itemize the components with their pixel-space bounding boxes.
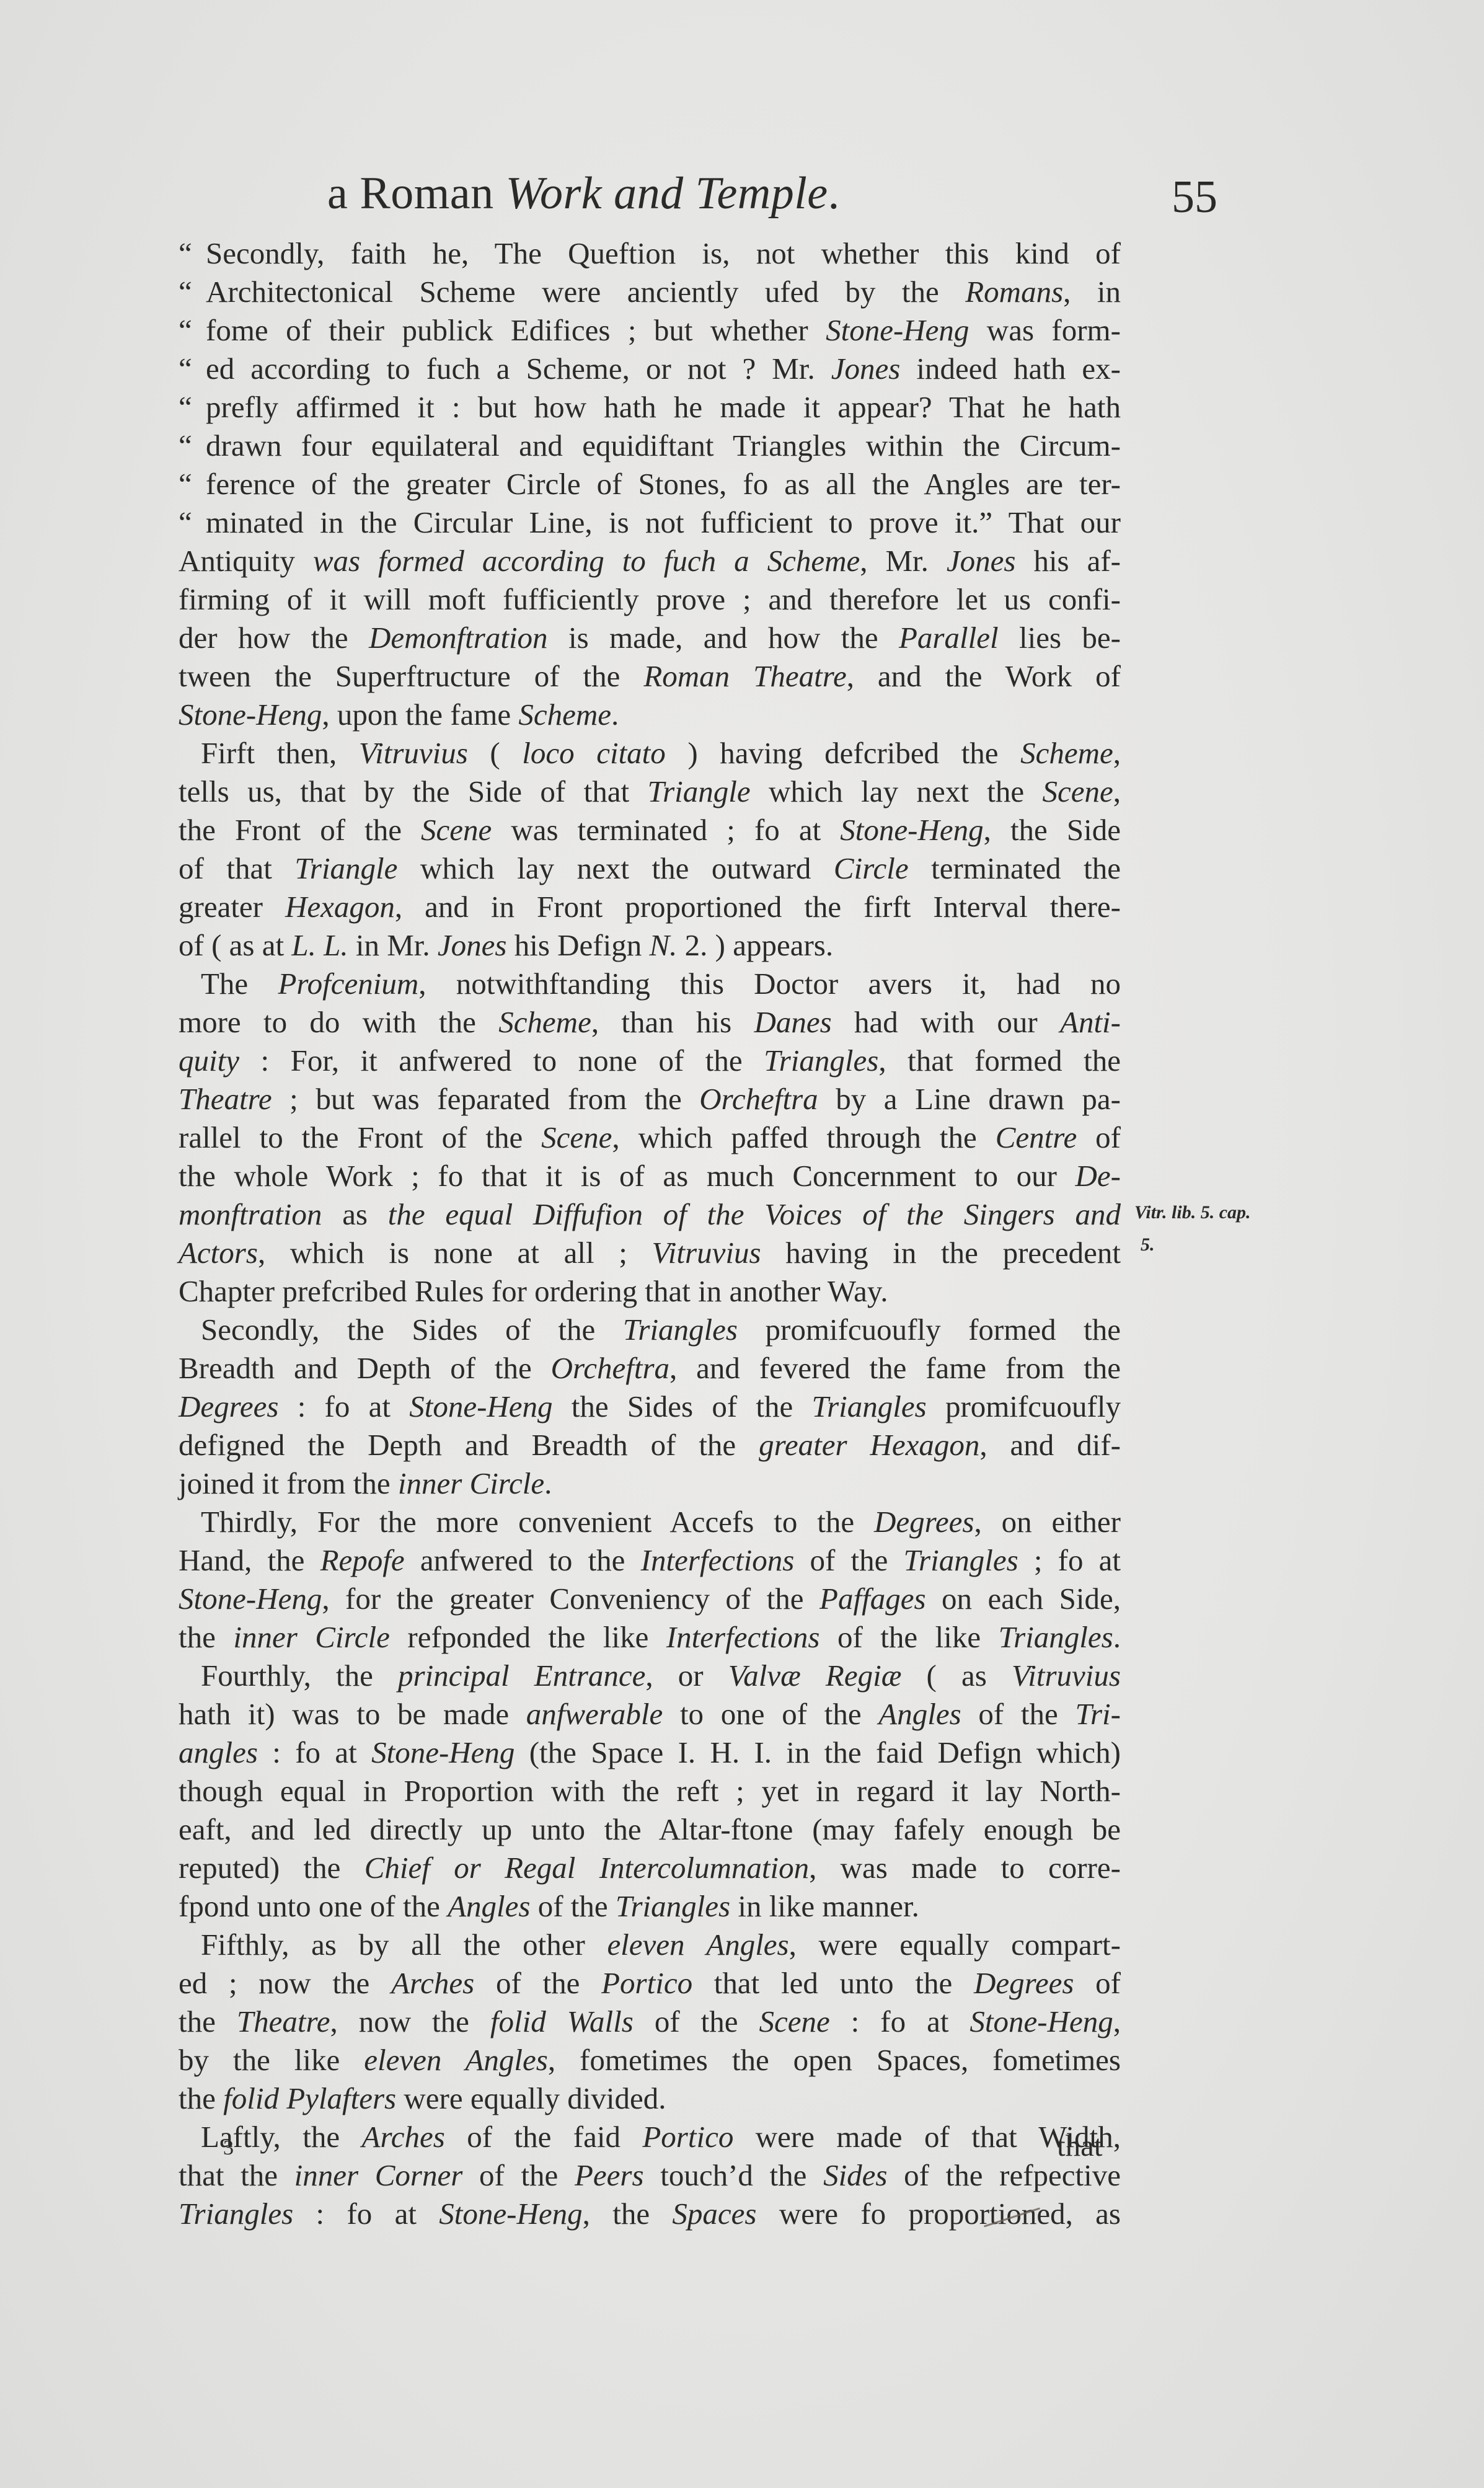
italic-run: was formed according to fuch a Scheme <box>313 544 860 578</box>
text-line: Theatre ; but was feparated from the Orc… <box>179 1080 1121 1118</box>
roman-run: Secondly, faith he, The Queftion is, not… <box>206 236 1121 270</box>
text-line: the folid Pylafters were equally divided… <box>179 2079 1121 2118</box>
roman-run: that led unto the <box>692 1966 974 2000</box>
italic-run: Actors <box>179 1236 258 1270</box>
roman-run: hath it) was to be made <box>179 1697 526 1731</box>
italic-run: Orcheftra <box>551 1351 669 1385</box>
text-line: greater Hexagon, and in Front proportion… <box>179 888 1121 926</box>
roman-run: , and in Front proportioned the firft In… <box>395 890 1121 924</box>
roman-run: of the <box>634 2004 759 2039</box>
roman-run: , the Side <box>984 813 1121 847</box>
roman-run: was form- <box>969 313 1121 347</box>
italic-run: folid Pylafters <box>223 2081 396 2115</box>
italic-run: Stone-Heng <box>840 813 983 847</box>
roman-run: lies be- <box>999 621 1121 655</box>
roman-run: , and fevered the fame from the <box>669 1351 1121 1385</box>
roman-run: Chapter prefcribed Rules for ordering th… <box>179 1274 888 1308</box>
roman-run: of the <box>474 1966 601 2000</box>
roman-run: Architectonical Scheme were anciently uf… <box>206 275 965 309</box>
italic-run: Vitruvius <box>1012 1658 1121 1693</box>
roman-run: Fourthly, the <box>201 1658 398 1693</box>
text-line: rallel to the Front of the Scene, which … <box>179 1118 1121 1157</box>
roman-run: his Defign <box>506 928 649 962</box>
italic-run: Vitruvius <box>652 1236 761 1270</box>
marginal-citation-line-2: 5. <box>1134 1229 1258 1261</box>
roman-run: : fo at <box>830 2004 970 2039</box>
text-line: of ( as at L. L. in Mr. Jones his Defign… <box>179 926 1121 965</box>
roman-run: , <box>1113 774 1121 808</box>
roman-run: which lay next the outward <box>397 851 834 885</box>
roman-run: his af- <box>1015 544 1121 578</box>
roman-run: of <box>1077 1120 1121 1154</box>
italic-run: inner Corner <box>294 2158 463 2192</box>
text-line: Fourthly, the principal Entrance, or Val… <box>179 1657 1121 1695</box>
roman-run: , <box>1113 2004 1121 2039</box>
roman-run: was terminated ; fo at <box>492 813 840 847</box>
text-line: Antiquity was formed according to fuch a… <box>179 542 1121 580</box>
italic-run: N. <box>649 928 677 962</box>
roman-run: , <box>1113 736 1121 770</box>
roman-run: joined it from the <box>179 1466 398 1500</box>
roman-run: , upon the fame <box>322 697 518 732</box>
text-line: Chapter prefcribed Rules for ordering th… <box>179 1272 1121 1311</box>
text-line: fpond unto one of the Angles of the Tria… <box>179 1887 1121 1926</box>
roman-run: ( <box>468 736 522 770</box>
roman-run: of that <box>179 851 294 885</box>
roman-run: of the faid <box>445 2120 643 2154</box>
text-line: Secondly, the Sides of the Triangles pro… <box>179 1311 1121 1349</box>
roman-run: , that formed the <box>878 1043 1121 1078</box>
roman-run: in Mr. <box>348 928 438 962</box>
italic-run: Stone-Heng <box>439 2197 582 2231</box>
italic-run: Stone-Heng <box>826 313 969 347</box>
roman-run: Thirdly, For the more convenient Accefs … <box>201 1505 874 1539</box>
quotation-mark: “ <box>179 465 206 503</box>
italic-run: Valvæ Regiæ <box>728 1658 902 1693</box>
roman-run: the <box>179 1620 233 1654</box>
marginal-citation: Vitr. lib. 5. cap. 5. <box>1134 1197 1258 1261</box>
text-line: Stone-Heng, upon the fame Scheme. <box>179 696 1121 734</box>
roman-run: indeed hath ex- <box>900 352 1121 386</box>
text-line: Breadth and Depth of the Orcheftra, and … <box>179 1349 1121 1388</box>
roman-run: , than his <box>591 1005 754 1039</box>
text-line: “drawn four equilateral and equidiftant … <box>179 427 1121 465</box>
quotation-mark: “ <box>179 388 206 427</box>
italic-run: Jones <box>947 544 1016 578</box>
italic-run: Triangles <box>904 1543 1018 1577</box>
roman-run: tween the Superftructure of the <box>179 659 643 693</box>
italic-run: Arches <box>362 2120 445 2154</box>
running-head-title: a Roman Work and Temple. <box>327 162 840 224</box>
text-line: Stone-Heng, for the greater Conveniency … <box>179 1580 1121 1618</box>
text-line: tells us, that by the Side of that Trian… <box>179 773 1121 811</box>
book-page: a Roman Work and Temple. 55 “Secondly, f… <box>0 0 1484 2488</box>
italic-run: loco citato <box>522 736 666 770</box>
roman-run: the <box>179 2004 237 2039</box>
italic-run: Angles <box>448 1889 530 1923</box>
roman-run: , which paffed through the <box>612 1120 995 1154</box>
roman-run: ed according to fuch a Scheme, or not ? … <box>206 352 831 386</box>
italic-run: Triangles <box>179 2197 293 2231</box>
italic-run: Orcheftra <box>699 1082 818 1116</box>
text-line: Laftly, the Arches of the faid Portico w… <box>179 2118 1121 2156</box>
text-line: tween the Superftructure of the Roman Th… <box>179 657 1121 696</box>
italic-run: Hexagon <box>285 890 395 924</box>
italic-run: Circle <box>834 851 909 885</box>
roman-run: Antiquity <box>179 544 313 578</box>
italic-run: Triangles <box>999 1620 1113 1654</box>
text-line: “ference of the greater Circle of Stones… <box>179 465 1121 503</box>
running-head-prefix: a Roman <box>327 168 506 219</box>
marginal-citation-line-1: Vitr. lib. 5. cap. <box>1134 1197 1258 1229</box>
roman-run: Breadth and Depth of the <box>179 1351 551 1385</box>
roman-run: touch’d the <box>644 2158 824 2192</box>
roman-run: ; but was feparated from the <box>272 1082 700 1116</box>
italic-run: quity <box>179 1043 239 1078</box>
italic-run: Scene <box>421 813 492 847</box>
roman-run: rallel to the Front of the <box>179 1120 541 1154</box>
italic-run: Stone-Heng <box>179 1582 322 1616</box>
roman-run: of the <box>961 1697 1075 1731</box>
italic-run: Romans <box>965 275 1063 309</box>
text-line: Fifthly, as by all the other eleven Angl… <box>179 1926 1121 1964</box>
roman-run: of the <box>462 2158 575 2192</box>
text-line: though equal in Proportion with the reft… <box>179 1772 1121 1810</box>
roman-run: of <box>1074 1966 1121 2000</box>
roman-run: of the <box>794 1543 903 1577</box>
quotation-mark: “ <box>179 503 206 542</box>
italic-run: Scene <box>759 2004 829 2039</box>
roman-run: , which is none at all ; <box>258 1236 652 1270</box>
roman-run: to one of the <box>663 1697 878 1731</box>
text-line: Actors, which is none at all ; Vitruvius… <box>179 1234 1121 1272</box>
roman-run: , fometimes the open Spaces, fometimes <box>548 2043 1121 2077</box>
roman-run: , the <box>583 2197 673 2231</box>
italic-run: Scheme <box>498 1005 591 1039</box>
roman-run: eaft, and led directly up unto the Altar… <box>179 1812 1121 1846</box>
roman-run: more to do with the <box>179 1005 498 1039</box>
italic-run: Sides <box>823 2158 887 2192</box>
roman-run: : fo at <box>293 2197 439 2231</box>
text-line: of that Triangle which lay next the outw… <box>179 849 1121 888</box>
italic-run: anfwerable <box>526 1697 663 1731</box>
text-line: The Profcenium, notwithftanding this Doc… <box>179 965 1121 1003</box>
roman-run: fpond unto one of the <box>179 1889 448 1923</box>
text-line: the Theatre, now the folid Walls of the … <box>179 2003 1121 2041</box>
italic-run: L. L. <box>291 928 348 962</box>
italic-run: Stone-Heng <box>409 1389 552 1423</box>
text-line: reputed) the Chief or Regal Intercolumna… <box>179 1849 1121 1887</box>
roman-run: in like manner. <box>730 1889 919 1923</box>
italic-run: Triangle <box>294 851 397 885</box>
roman-run: Fifthly, as by all the other <box>201 1928 607 1962</box>
italic-run: eleven Angles <box>607 1928 788 1962</box>
roman-run: which lay next the <box>751 774 1043 808</box>
italic-run: Jones <box>831 352 901 386</box>
roman-run: der how the <box>179 621 369 655</box>
italic-run: Jones <box>438 928 507 962</box>
text-line: “Secondly, faith he, The Queftion is, no… <box>179 234 1121 273</box>
roman-run: the <box>179 2081 223 2115</box>
roman-run: Hand, the <box>179 1543 320 1577</box>
roman-run: . <box>1113 1620 1121 1654</box>
italic-run: Scheme <box>518 697 611 732</box>
roman-run: , in <box>1063 275 1121 309</box>
running-head-suffix: . <box>828 168 840 219</box>
italic-run: Spaces <box>672 2197 756 2231</box>
roman-run: as <box>322 1197 387 1231</box>
text-line: Firft then, Vitruvius ( loco citato ) ha… <box>179 734 1121 773</box>
roman-run: refponded the like <box>390 1620 666 1654</box>
quotation-mark: “ <box>179 311 206 350</box>
italic-run: Danes <box>754 1005 831 1039</box>
roman-run: reputed) the <box>179 1851 364 1885</box>
italic-run: Stone-Heng <box>371 1735 515 1769</box>
roman-run: , on either <box>974 1505 1121 1539</box>
roman-run: , Mr. <box>860 544 947 578</box>
italic-run: Peers <box>575 2158 644 2192</box>
italic-run: principal Entrance <box>398 1658 645 1693</box>
italic-run: Scene <box>541 1120 612 1154</box>
roman-run: , notwithftanding this Doctor avers it, … <box>418 967 1121 1001</box>
roman-run: is made, and how the <box>548 621 899 655</box>
italic-run: Theatre <box>237 2004 330 2039</box>
roman-run: : For, it anfwered to none of the <box>239 1043 764 1078</box>
text-line: monftration as the equal Diffufion of th… <box>179 1195 1121 1234</box>
roman-run: tells us, that by the Side of that <box>179 774 648 808</box>
roman-run: drawn four equilateral and equidiftant T… <box>206 428 1121 463</box>
roman-run: Secondly, the Sides of the <box>201 1313 623 1347</box>
text-line: ed ; now the Arches of the Portico that … <box>179 1964 1121 2003</box>
italic-run: Triangles <box>812 1389 927 1423</box>
italic-run: Centre <box>996 1120 1077 1154</box>
roman-run: , were equally compart- <box>789 1928 1121 1962</box>
roman-run: , and the Work of <box>847 659 1121 693</box>
italic-run: Repofe <box>320 1543 405 1577</box>
italic-run: Chief or Regal Intercolumnation <box>364 1851 809 1885</box>
text-line: eaft, and led directly up unto the Altar… <box>179 1810 1121 1849</box>
roman-run: , and dif- <box>979 1428 1121 1462</box>
text-line: Triangles : fo at Stone-Heng, the Spaces… <box>179 2195 1121 2233</box>
roman-run: (the Space I. H. I. in the faid Defign w… <box>515 1735 1121 1769</box>
italic-run: Paffages <box>819 1582 925 1616</box>
roman-run: 2. ) appears. <box>677 928 833 962</box>
roman-run: prefly affirmed it : but how hath he mad… <box>206 390 1121 424</box>
text-line: “ed according to fuch a Scheme, or not ?… <box>179 350 1121 388</box>
quotation-mark: “ <box>179 273 206 311</box>
text-line: “fome of their publick Edifices ; but wh… <box>179 311 1121 350</box>
page-number: 55 <box>1172 166 1217 228</box>
roman-run: having in the precedent <box>761 1236 1121 1270</box>
italic-run: Portico <box>601 1966 692 2000</box>
italic-run: Degrees <box>974 1966 1074 2000</box>
text-line: Hand, the Repofe anfwered to the Interfe… <box>179 1541 1121 1580</box>
text-line: Thirdly, For the more convenient Accefs … <box>179 1503 1121 1541</box>
italic-run: Parallel <box>899 621 999 655</box>
roman-run: minated in the Circular Line, is not fuf… <box>206 505 1121 539</box>
quotation-mark: “ <box>179 350 206 388</box>
running-head-italic: Work and Temple <box>506 168 828 219</box>
italic-run: Degrees <box>179 1389 278 1423</box>
text-line: hath it) was to be made anfwerable to on… <box>179 1695 1121 1733</box>
catchword: that <box>1057 2127 1102 2165</box>
roman-run: anfwered to the <box>405 1543 641 1577</box>
italic-run: Anti- <box>1060 1005 1121 1039</box>
text-line: that the inner Corner of the Peers touch… <box>179 2156 1121 2195</box>
text-line: “prefly affirmed it : but how hath he ma… <box>179 388 1121 427</box>
quotation-mark: “ <box>179 427 206 465</box>
roman-run: terminated the <box>909 851 1121 885</box>
italic-run: the equal Diffufion of the Voices of the… <box>388 1197 1121 1231</box>
italic-run: Triangles <box>764 1043 878 1078</box>
text-line: joined it from the inner Circle. <box>179 1464 1121 1503</box>
roman-run: by the like <box>179 2043 364 2077</box>
text-line: more to do with the Scheme, than his Dan… <box>179 1003 1121 1042</box>
italic-run: Scene <box>1043 774 1113 808</box>
italic-run: Profcenium <box>278 967 418 1001</box>
italic-run: Degrees <box>874 1505 974 1539</box>
roman-run: . <box>611 697 619 732</box>
roman-run: ( as <box>901 1658 1012 1693</box>
text-line: the Front of the Scene was terminated ; … <box>179 811 1121 849</box>
roman-run: ed ; now the <box>179 1966 391 2000</box>
roman-run: , now the <box>330 2004 490 2039</box>
roman-run: , or <box>645 1658 728 1693</box>
italic-run: Vitruvius <box>359 736 468 770</box>
text-line: quity : For, it anfwered to none of the … <box>179 1042 1121 1080</box>
italic-run: Angles <box>878 1697 961 1731</box>
roman-run: promifcuoufly formed the <box>738 1313 1121 1347</box>
italic-run: Triangle <box>648 774 751 808</box>
running-head: a Roman Work and Temple. 55 <box>0 162 1484 224</box>
italic-run: Scheme <box>1020 736 1113 770</box>
italic-run: Triangles <box>623 1313 738 1347</box>
roman-run: that the <box>179 2158 294 2192</box>
text-line: “minated in the Circular Line, is not fu… <box>179 503 1121 542</box>
roman-run: : fo at <box>278 1389 409 1423</box>
italic-run: Tri- <box>1075 1697 1121 1731</box>
roman-run: of the like <box>819 1620 998 1654</box>
roman-run: of ( as at <box>179 928 291 962</box>
text-line: der how the Demonftration is made, and h… <box>179 619 1121 657</box>
text-line: the whole Work ; fo that it is of as muc… <box>179 1157 1121 1195</box>
roman-run: , was made to corre- <box>809 1851 1121 1885</box>
roman-run: defigned the Depth and Breadth of the <box>179 1428 759 1462</box>
roman-run: by a Line drawn pa- <box>818 1082 1121 1116</box>
text-line: by the like eleven Angles, fometimes the… <box>179 2041 1121 2079</box>
roman-run: ) having defcribed the <box>666 736 1020 770</box>
printer-signature-mark: 3 <box>223 2133 234 2164</box>
roman-run: the Front of the <box>179 813 421 847</box>
italic-run: De- <box>1075 1159 1121 1193</box>
roman-run: were equally divided. <box>396 2081 666 2115</box>
italic-run: Interfections <box>666 1620 820 1654</box>
roman-run: on each Side, <box>926 1582 1121 1616</box>
roman-run: ference of the greater Circle of Stones,… <box>206 467 1121 501</box>
roman-run: of the <box>530 1889 615 1923</box>
italic-run: eleven Angles <box>364 2043 548 2077</box>
roman-run: promifcuoufly <box>927 1389 1121 1423</box>
italic-run: Triangles <box>616 1889 730 1923</box>
roman-run: had with our <box>832 1005 1060 1039</box>
text-line: “Architectonical Scheme were anciently u… <box>179 273 1121 311</box>
text-line: defigned the Depth and Breadth of the gr… <box>179 1426 1121 1464</box>
roman-run: fome of their publick Edifices ; but whe… <box>206 313 826 347</box>
text-line: Degrees : fo at Stone-Heng the Sides of … <box>179 1388 1121 1426</box>
roman-run: the whole Work ; fo that it is of as muc… <box>179 1159 1075 1193</box>
roman-run: : fo at <box>258 1735 371 1769</box>
roman-run: . <box>544 1466 552 1500</box>
italic-run: Stone-Heng <box>969 2004 1113 2039</box>
roman-run: were fo proportioned, as <box>756 2197 1121 2231</box>
roman-run: firming of it will moft fufficiently pro… <box>179 582 1121 616</box>
roman-run: ; fo at <box>1018 1543 1121 1577</box>
roman-run: greater <box>179 890 285 924</box>
text-line: firming of it will moft fufficiently pro… <box>179 580 1121 619</box>
italic-run: Arches <box>391 1966 474 2000</box>
text-line: angles : fo at Stone-Heng (the Space I. … <box>179 1733 1121 1772</box>
italic-run: monftration <box>179 1197 322 1231</box>
text-line: the inner Circle refponded the like Inte… <box>179 1618 1121 1657</box>
italic-run: Interfections <box>641 1543 795 1577</box>
italic-run: inner Circle <box>398 1466 544 1500</box>
italic-run: Portico <box>642 2120 733 2154</box>
roman-run: , for the greater Conveniency of the <box>322 1582 819 1616</box>
roman-run: the Sides of the <box>553 1389 812 1423</box>
italic-run: inner Circle <box>233 1620 390 1654</box>
roman-run: Firft then, <box>201 736 359 770</box>
italic-run: folid Walls <box>490 2004 634 2039</box>
roman-run: though equal in Proportion with the reft… <box>179 1774 1121 1808</box>
quotation-mark: “ <box>179 234 206 273</box>
italic-run: angles <box>179 1735 258 1769</box>
italic-run: greater Hexagon <box>759 1428 979 1462</box>
italic-run: Theatre <box>179 1082 272 1116</box>
roman-run: The <box>201 967 278 1001</box>
italic-run: Demonftration <box>369 621 548 655</box>
italic-run: Stone-Heng <box>179 697 322 732</box>
italic-run: Roman Theatre <box>643 659 846 693</box>
